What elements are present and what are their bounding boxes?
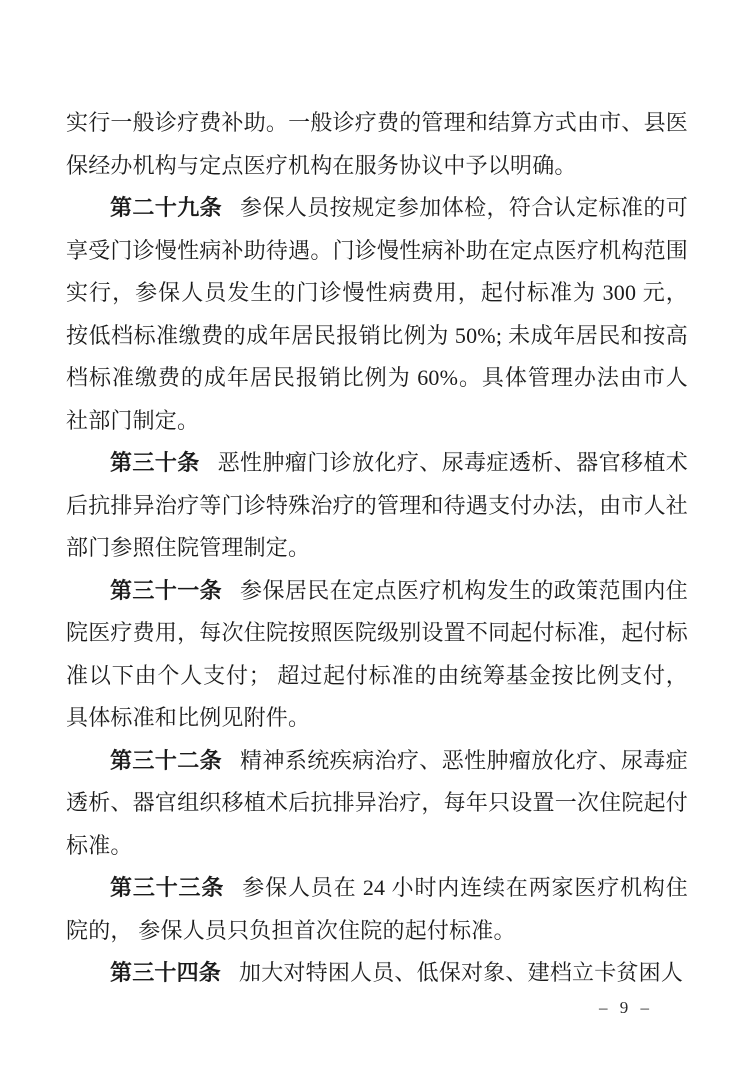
document-body: 实行一般诊疗费补助。一般诊疗费的管理和结算方式由市、县医保经办机构与定点医疗机构… [66, 102, 688, 995]
article-33: 第三十三条参保人员在 24 小时内连续在两家医疗机构住院的， 参保人员只负担首次… [66, 867, 688, 952]
article-34-text: 加大对特困人员、低保对象、建档立卡贫困人 [239, 960, 683, 985]
article-30: 第三十条恶性肿瘤门诊放化疗、尿毒症透析、器官移植术后抗排异治疗等门诊特殊治疗的管… [66, 442, 688, 570]
article-32: 第三十二条精神系统疾病治疗、恶性肿瘤放化疗、尿毒症透析、器官组织移植术后抗排异治… [66, 740, 688, 868]
article-31-number: 第三十一条 [110, 578, 222, 603]
article-32-number: 第三十二条 [110, 748, 222, 773]
article-34: 第三十四条加大对特困人员、低保对象、建档立卡贫困人 [66, 952, 688, 995]
article-29-number: 第二十九条 [110, 195, 222, 220]
paragraph-continued: 实行一般诊疗费补助。一般诊疗费的管理和结算方式由市、县医保经办机构与定点医疗机构… [66, 102, 688, 187]
article-29-text: 参保人员按规定参加体检，符合认定标准的可享受门诊慢性病补助待遇。门诊慢性病补助在… [66, 195, 688, 433]
article-33-number: 第三十三条 [110, 875, 224, 900]
paragraph-text: 实行一般诊疗费补助。一般诊疗费的管理和结算方式由市、县医保经办机构与定点医疗机构… [66, 110, 688, 178]
article-29: 第二十九条参保人员按规定参加体检，符合认定标准的可享受门诊慢性病补助待遇。门诊慢… [66, 187, 688, 442]
page-number: – 9 – [560, 997, 692, 1019]
article-34-number: 第三十四条 [110, 960, 221, 985]
article-30-number: 第三十条 [110, 450, 200, 475]
document-page: 实行一般诊疗费补助。一般诊疗费的管理和结算方式由市、县医保经办机构与定点医疗机构… [0, 0, 747, 1090]
article-31: 第三十一条参保居民在定点医疗机构发生的政策范围内住院医疗费用，每次住院按照医院级… [66, 570, 688, 740]
